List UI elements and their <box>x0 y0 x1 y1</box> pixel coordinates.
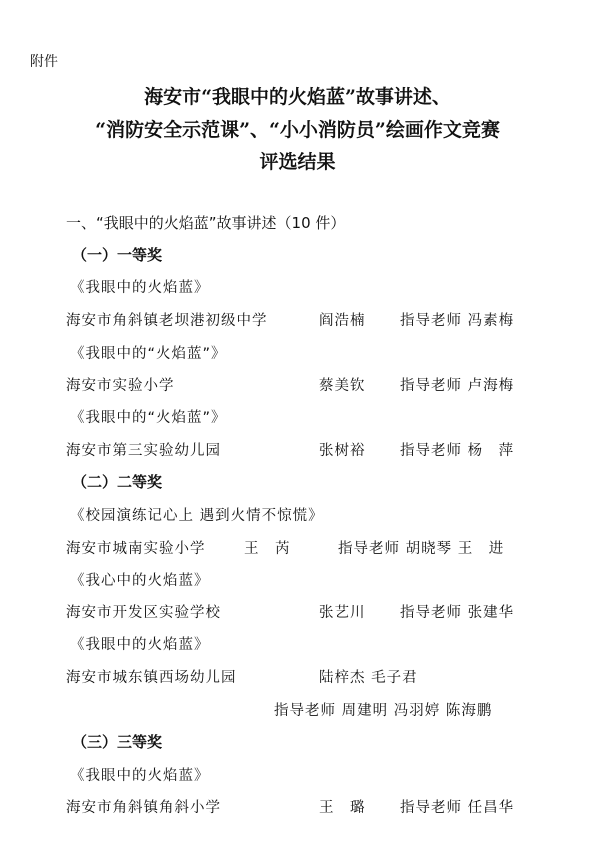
school-name: 海安市开发区实验学校 <box>66 601 221 622</box>
prize-heading-third: （三）三等奖 <box>72 731 162 752</box>
work-title: 《校园演练记心上 遇到火情不惊慌》 <box>70 504 324 525</box>
work-title: 《我眼中的火焰蓝》 <box>70 764 210 785</box>
teacher-names: 指导老师 卢海梅 <box>400 374 514 395</box>
school-name: 海安市实验小学 <box>66 374 175 395</box>
work-title: 《我眼中的“火焰蓝”》 <box>70 342 227 363</box>
title-line-2: “消防安全示范课”、“小小消防员”绘画作文竞赛 <box>0 115 595 142</box>
title-line-1: 海安市“我眼中的火焰蓝”故事讲述、 <box>0 82 595 109</box>
school-name: 海安市角斜镇老坝港初级中学 <box>66 309 268 330</box>
entry-row: 海安市城东镇西场幼儿园 陆梓杰 毛子君 <box>66 666 536 686</box>
student-name: 阎浩楠 <box>319 309 366 330</box>
entry-row: 海安市城南实验小学 王 芮 指导老师 胡晓琴 王 进 <box>66 537 536 557</box>
teacher-names: 指导老师 周建明 冯羽婷 陈海鹏 <box>274 699 492 720</box>
work-title: 《我眼中的“火焰蓝”》 <box>70 406 227 427</box>
title-line-3: 评选结果 <box>0 147 595 174</box>
student-name: 蔡美钦 <box>319 374 366 395</box>
student-name: 张艺川 <box>319 601 366 622</box>
teacher-names: 指导老师 任昌华 <box>400 796 514 817</box>
student-name: 王 璐 <box>319 796 366 817</box>
entry-row: 海安市角斜镇角斜小学 王 璐 指导老师 任昌华 <box>66 796 536 816</box>
school-name: 海安市第三实验幼儿园 <box>66 439 221 460</box>
entry-row: 海安市开发区实验学校 张艺川 指导老师 张建华 <box>66 601 536 621</box>
school-name: 海安市城南实验小学 <box>66 537 206 558</box>
entry-row: 海安市第三实验幼儿园 张树裕 指导老师 杨 萍 <box>66 439 536 459</box>
entry-row: 海安市角斜镇老坝港初级中学 阎浩楠 指导老师 冯素梅 <box>66 309 536 329</box>
teacher-names: 指导老师 杨 萍 <box>400 439 514 460</box>
attachment-label: 附件 <box>30 51 58 71</box>
student-name: 王 芮 <box>244 537 291 558</box>
school-name: 海安市角斜镇角斜小学 <box>66 796 221 817</box>
work-title: 《我心中的火焰蓝》 <box>70 569 210 590</box>
teacher-names: 指导老师 胡晓琴 王 进 <box>338 537 504 558</box>
teacher-names: 指导老师 张建华 <box>400 601 514 622</box>
student-name: 陆梓杰 毛子君 <box>319 666 418 687</box>
teacher-names: 指导老师 冯素梅 <box>400 309 514 330</box>
student-name: 张树裕 <box>319 439 366 460</box>
entry-row: 海安市实验小学 蔡美钦 指导老师 卢海梅 <box>66 374 536 394</box>
work-title: 《我眼中的火焰蓝》 <box>70 633 210 654</box>
school-name: 海安市城东镇西场幼儿园 <box>66 666 237 687</box>
prize-heading-first: （一）一等奖 <box>72 244 162 265</box>
section-heading: 一、“我眼中的火焰蓝”故事讲述（10 件） <box>66 212 345 233</box>
prize-heading-second: （二）二等奖 <box>72 471 162 492</box>
entry-row-continued: 指导老师 周建明 冯羽婷 陈海鹏 <box>66 699 536 719</box>
work-title: 《我眼中的火焰蓝》 <box>70 276 210 297</box>
